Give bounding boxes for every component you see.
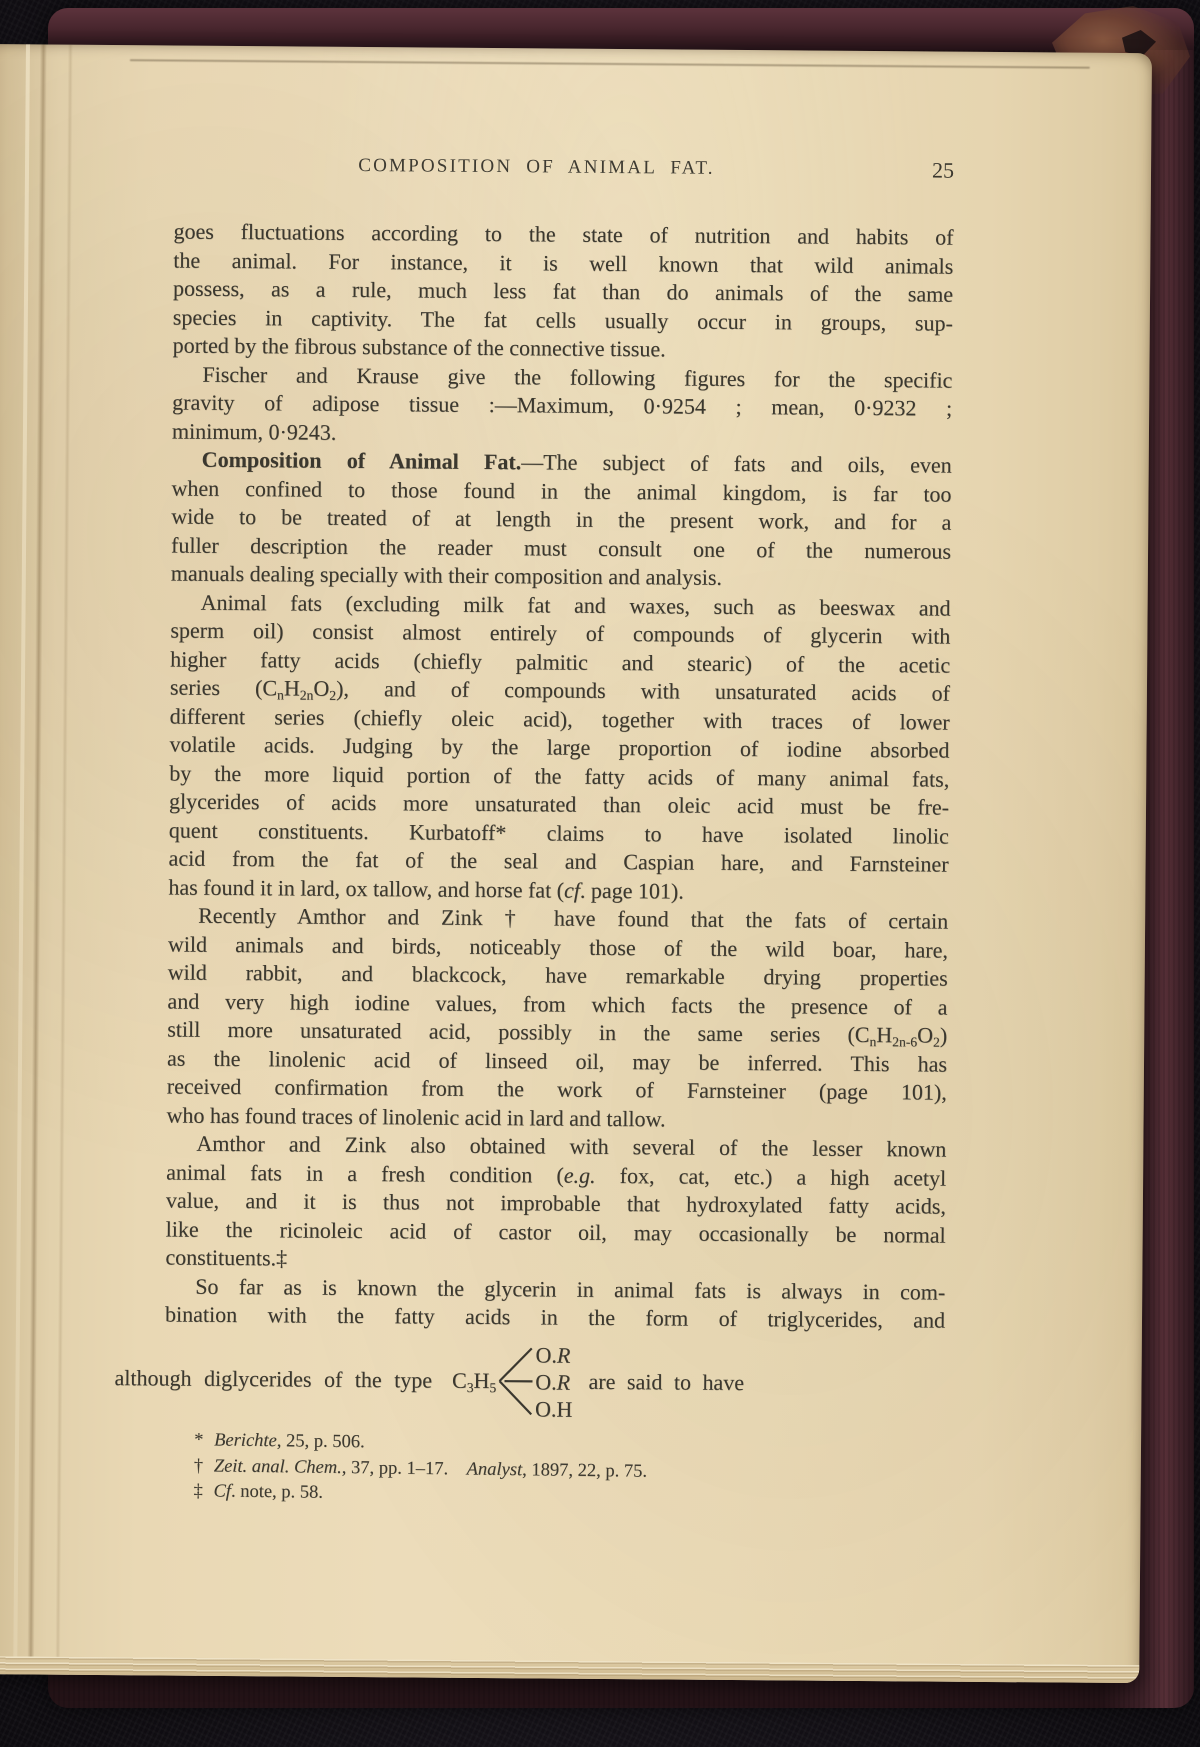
gutter-crease-shadow: [27, 44, 47, 1674]
page-header: COMPOSITION OF ANIMAL FAT. 25: [174, 154, 954, 190]
formula-branch: O.R: [535, 1341, 572, 1368]
formula-branch: O.R: [535, 1368, 572, 1395]
footnote-text: Cf. note, p. 58.: [213, 1481, 323, 1502]
book-photo-scene: COMPOSITION OF ANIMAL FAT. 25 goes fluct…: [0, 0, 1200, 1747]
body-text-block: goes fluctuations according to the state…: [165, 218, 954, 1336]
footnotes-block: *Berichte, 25, p. 506.†Zeit. anal. Chem.…: [193, 1428, 894, 1513]
footnote-marker: ‡: [193, 1479, 213, 1505]
footnote-marker: *: [194, 1428, 214, 1454]
formula-compound: C3H5: [452, 1368, 496, 1394]
page-top-edge-shadow: [130, 59, 1090, 69]
footnote-text: Berichte, 25, p. 506.: [214, 1430, 365, 1452]
formula-branches: O.RO.RO.H: [535, 1341, 573, 1422]
gutter-crease-shadow-2: [55, 45, 73, 1675]
text-line: bination with the fatty acids in the for…: [165, 1300, 945, 1335]
book-page: COMPOSITION OF ANIMAL FAT. 25 goes fluct…: [0, 44, 1152, 1683]
diglyceride-formula: although diglycerides of the type C3H5 O…: [114, 1335, 955, 1428]
formula-branch: O.H: [535, 1395, 572, 1422]
formula-prefix-text: although diglycerides of the type: [114, 1365, 432, 1393]
gutter-crease-highlight: [13, 44, 30, 1674]
bond-bracket-icon: [498, 1339, 535, 1423]
footnote-text: Zeit. anal. Chem., 37, pp. 1–17. Analyst…: [214, 1456, 647, 1481]
running-header: COMPOSITION OF ANIMAL FAT.: [174, 154, 899, 182]
formula-suffix-text: are said to have: [588, 1369, 744, 1396]
page-number: 25: [932, 157, 954, 183]
footnote-marker: †: [194, 1454, 214, 1480]
